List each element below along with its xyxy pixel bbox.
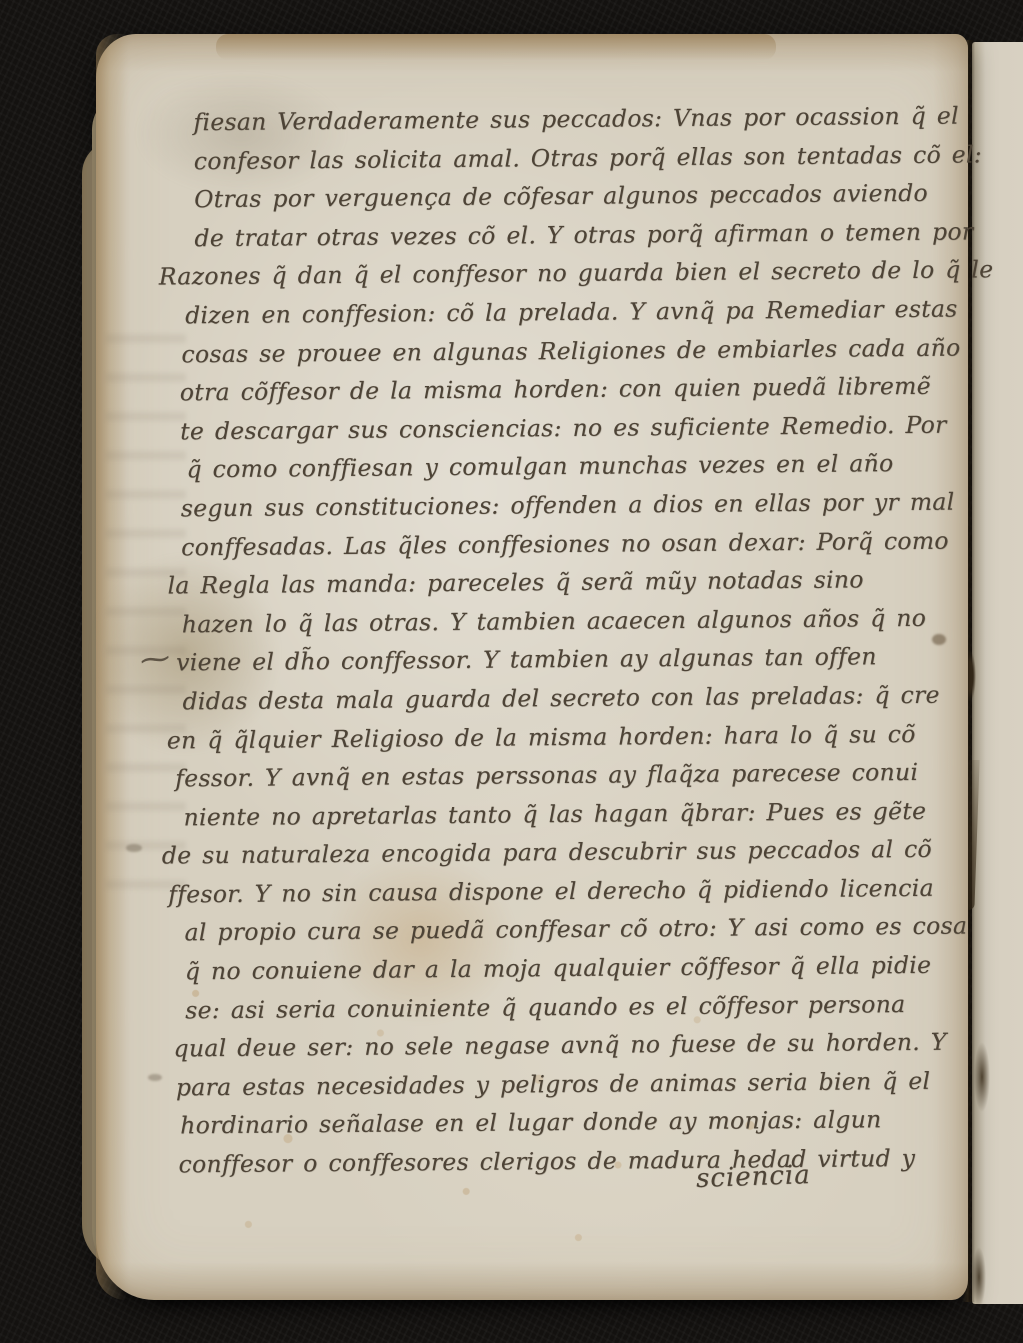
manuscript-line-1: fiesan Verdaderamente sus peccados: Vnas… (193, 97, 947, 142)
manuscript-line-10: q̃ como conffiesan y comulgan munchas ve… (186, 444, 950, 489)
manuscript-line-26: para estas necesidades y peligros de ani… (176, 1061, 956, 1106)
facing-page-edge (972, 42, 1023, 1304)
manuscript-line-9: te descargar sus consciencias: no es suf… (180, 405, 950, 450)
margin-speck (148, 1074, 162, 1081)
manuscript-line-8: otra cõffesor de la misma horden: con qu… (180, 367, 950, 412)
manuscript-text: fiesan Verdaderamente sus peccados: Vnas… (177, 97, 956, 1184)
manuscript-line-7: cosas se prouee en algunas Religiones de… (181, 328, 949, 373)
margin-flourish: ⁓ (138, 641, 171, 679)
manuscript-line-14: hazen lo q̃ las otras. Y tambien acaecen… (182, 598, 952, 643)
manuscript-line-22: al propio cura se puedã conffesar cõ otr… (184, 907, 954, 952)
manuscript-page: ⁓ fiesan Verdaderamente sus peccados: Vn… (96, 34, 968, 1300)
manuscript-line-6: dizen en conffesion: cõ la prelada. Y av… (185, 290, 949, 335)
manuscript-line-4: de tratar otras vezes cõ el. Y otras por… (194, 212, 948, 257)
manuscript-line-16: didas desta mala guarda del secreto con … (182, 676, 952, 721)
manuscript-line-28: conffesor o conffesores clerigos de madu… (178, 1139, 956, 1184)
manuscript-line-15: viene el dh̃o conffessor. Y tambien ay a… (176, 637, 952, 682)
manuscript-line-20: de su naturaleza encogida para descubrir… (162, 830, 954, 876)
manuscript-photo: ⁓ fiesan Verdaderamente sus peccados: Vn… (0, 0, 1023, 1343)
manuscript-line-19: niente no apretarlas tanto q̃ las hagan … (183, 791, 953, 836)
catchword: sciencia (696, 1160, 812, 1194)
manuscript-line-12: conffesadas. Las q̃les conffesiones no o… (181, 521, 951, 566)
manuscript-line-11: segun sus constituciones: offenden a dio… (181, 483, 951, 528)
manuscript-line-3: Otras por verguença de cõfesar algunos p… (194, 174, 948, 219)
manuscript-line-24: se: asi seria conuiniente q̃ quando es e… (185, 984, 955, 1029)
manuscript-line-27: hordinario señalase en el lugar donde ay… (180, 1100, 956, 1145)
manuscript-line-13: la Regla las manda: pareceles q̃ serã mũ… (167, 560, 951, 605)
ink-bleedthrough (106, 334, 186, 894)
manuscript-line-23: q̃ no conuiene dar a la moja qualquier c… (185, 946, 955, 991)
manuscript-line-2: confesor las solicita amal. Otras porq̃ … (194, 135, 948, 180)
manuscript-line-25: qual deue ser: no sele negase avnq̃ no f… (173, 1023, 955, 1068)
manuscript-line-18: fessor. Y avnq̃ en estas perssonas ay fl… (175, 753, 953, 798)
facing-page-wear-spot (974, 1042, 990, 1112)
margin-speck (126, 844, 142, 852)
stain (216, 34, 776, 60)
